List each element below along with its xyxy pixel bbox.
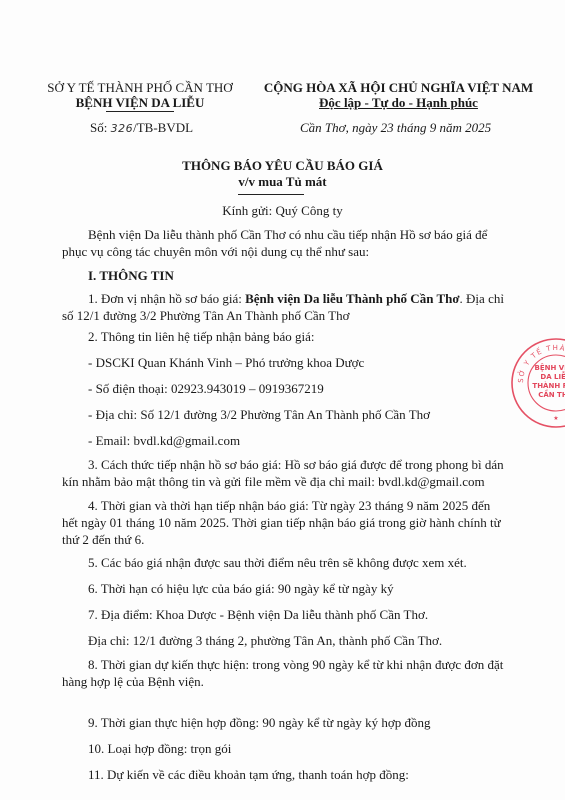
department-name: SỞ Y TẾ THÀNH PHỐ CẦN THƠ [40, 80, 240, 95]
official-seal-stamp: SỞ Y TẾ THÀNH PHỐ BỆNH VIỆN DA LIỄU THÀN… [509, 336, 565, 430]
stamp-star-icon: ★ [553, 415, 558, 422]
intro-text: Bệnh viện Da liễu thành phố Cần Thơ có n… [62, 227, 487, 259]
item-8-text: 8. Thời gian dự kiến thực hiện: trong vò… [62, 657, 503, 689]
item-1-recipient: Bệnh viện Da liễu Thành phố Cần Thơ [245, 291, 459, 306]
nation-name: CỘNG HÒA XÃ HỘI CHỦ NGHĨA VIỆT NAM [246, 80, 551, 95]
national-header: CỘNG HÒA XÃ HỘI CHỦ NGHĨA VIỆT NAM Độc l… [246, 80, 551, 110]
doc-number-label: Số: [90, 120, 111, 135]
document-page: SỞ Y TẾ THÀNH PHỐ CẦN THƠ BỆNH VIỆN DA L… [0, 0, 565, 800]
stamp-line-4: CẦN THƠ [538, 389, 565, 399]
intro-paragraph: Bệnh viện Da liễu thành phố Cần Thơ có n… [62, 226, 507, 260]
item-2-email: - Email: bvdl.kd@gmail.com [88, 433, 240, 449]
item-4: 4. Thời gian và thời hạn tiếp nhận báo g… [62, 497, 507, 548]
item-2-address: - Địa chỉ: Số 12/1 đường 3/2 Phường Tân … [88, 407, 430, 423]
hospital-name: BỆNH VIỆN DA LIỄU [40, 95, 240, 110]
doc-number-handwritten: 326 [111, 122, 134, 135]
item-1: 1. Đơn vị nhận hồ sơ báo giá: Bệnh viện … [62, 290, 507, 324]
stamp-line-1: BỆNH VIỆN [535, 363, 565, 372]
item-9: 9. Thời gian thực hiện hợp đồng: 90 ngày… [88, 715, 430, 731]
salutation: Kính gửi: Quý Công ty [0, 203, 565, 219]
item-3: 3. Cách thức tiếp nhận hồ sơ báo giá: Hồ… [62, 456, 507, 490]
item-6: 6. Thời hạn có hiệu lực của báo giá: 90 … [88, 581, 394, 597]
item-10: 10. Loại hợp đồng: trọn gói [88, 741, 231, 757]
place-date: Cần Thơ, ngày 23 tháng 9 năm 2025 [300, 120, 491, 136]
issuing-agency: SỞ Y TẾ THÀNH PHỐ CẦN THƠ BỆNH VIỆN DA L… [40, 80, 240, 112]
hospital-underline [106, 111, 174, 112]
item-3-text: 3. Cách thức tiếp nhận hồ sơ báo giá: Hồ… [62, 457, 504, 489]
document-subtitle: v/v mua Tủ mát [0, 174, 565, 190]
item-1-label: 1. Đơn vị nhận hồ sơ báo giá: [88, 291, 245, 306]
document-title: THÔNG BÁO YÊU CẦU BÁO GIÁ [0, 158, 565, 174]
item-4-text: 4. Thời gian và thời hạn tiếp nhận báo g… [62, 498, 501, 547]
stamp-line-3: THÀNH PHỐ [532, 380, 565, 390]
item-2: 2. Thông tin liên hệ tiếp nhận bảng báo … [88, 329, 315, 345]
item-2-phone: - Số điện thoại: 02923.943019 – 09193672… [88, 381, 324, 397]
item-8: 8. Thời gian dự kiến thực hiện: trong vò… [62, 656, 507, 690]
stamp-line-2: DA LIỄU [540, 371, 565, 381]
national-motto: Độc lập - Tự do - Hạnh phúc [319, 95, 478, 110]
item-5: 5. Các báo giá nhận được sau thời điểm n… [88, 555, 467, 571]
document-number: Số: 326/TB-BVDL [90, 120, 193, 136]
item-7-address: Địa chỉ: 12/1 đường 3 tháng 2, phường Tâ… [88, 633, 442, 649]
section-heading: I. THÔNG TIN [88, 268, 174, 284]
doc-number-suffix: /TB-BVDL [133, 120, 193, 135]
item-11: 11. Dự kiến về các điều khoản tạm ứng, t… [88, 767, 409, 783]
item-7: 7. Địa điểm: Khoa Dược - Bệnh viện Da li… [88, 607, 428, 623]
item-2-contact: - DSCKI Quan Khánh Vinh – Phó trưởng kho… [88, 355, 364, 371]
title-divider [238, 194, 304, 195]
